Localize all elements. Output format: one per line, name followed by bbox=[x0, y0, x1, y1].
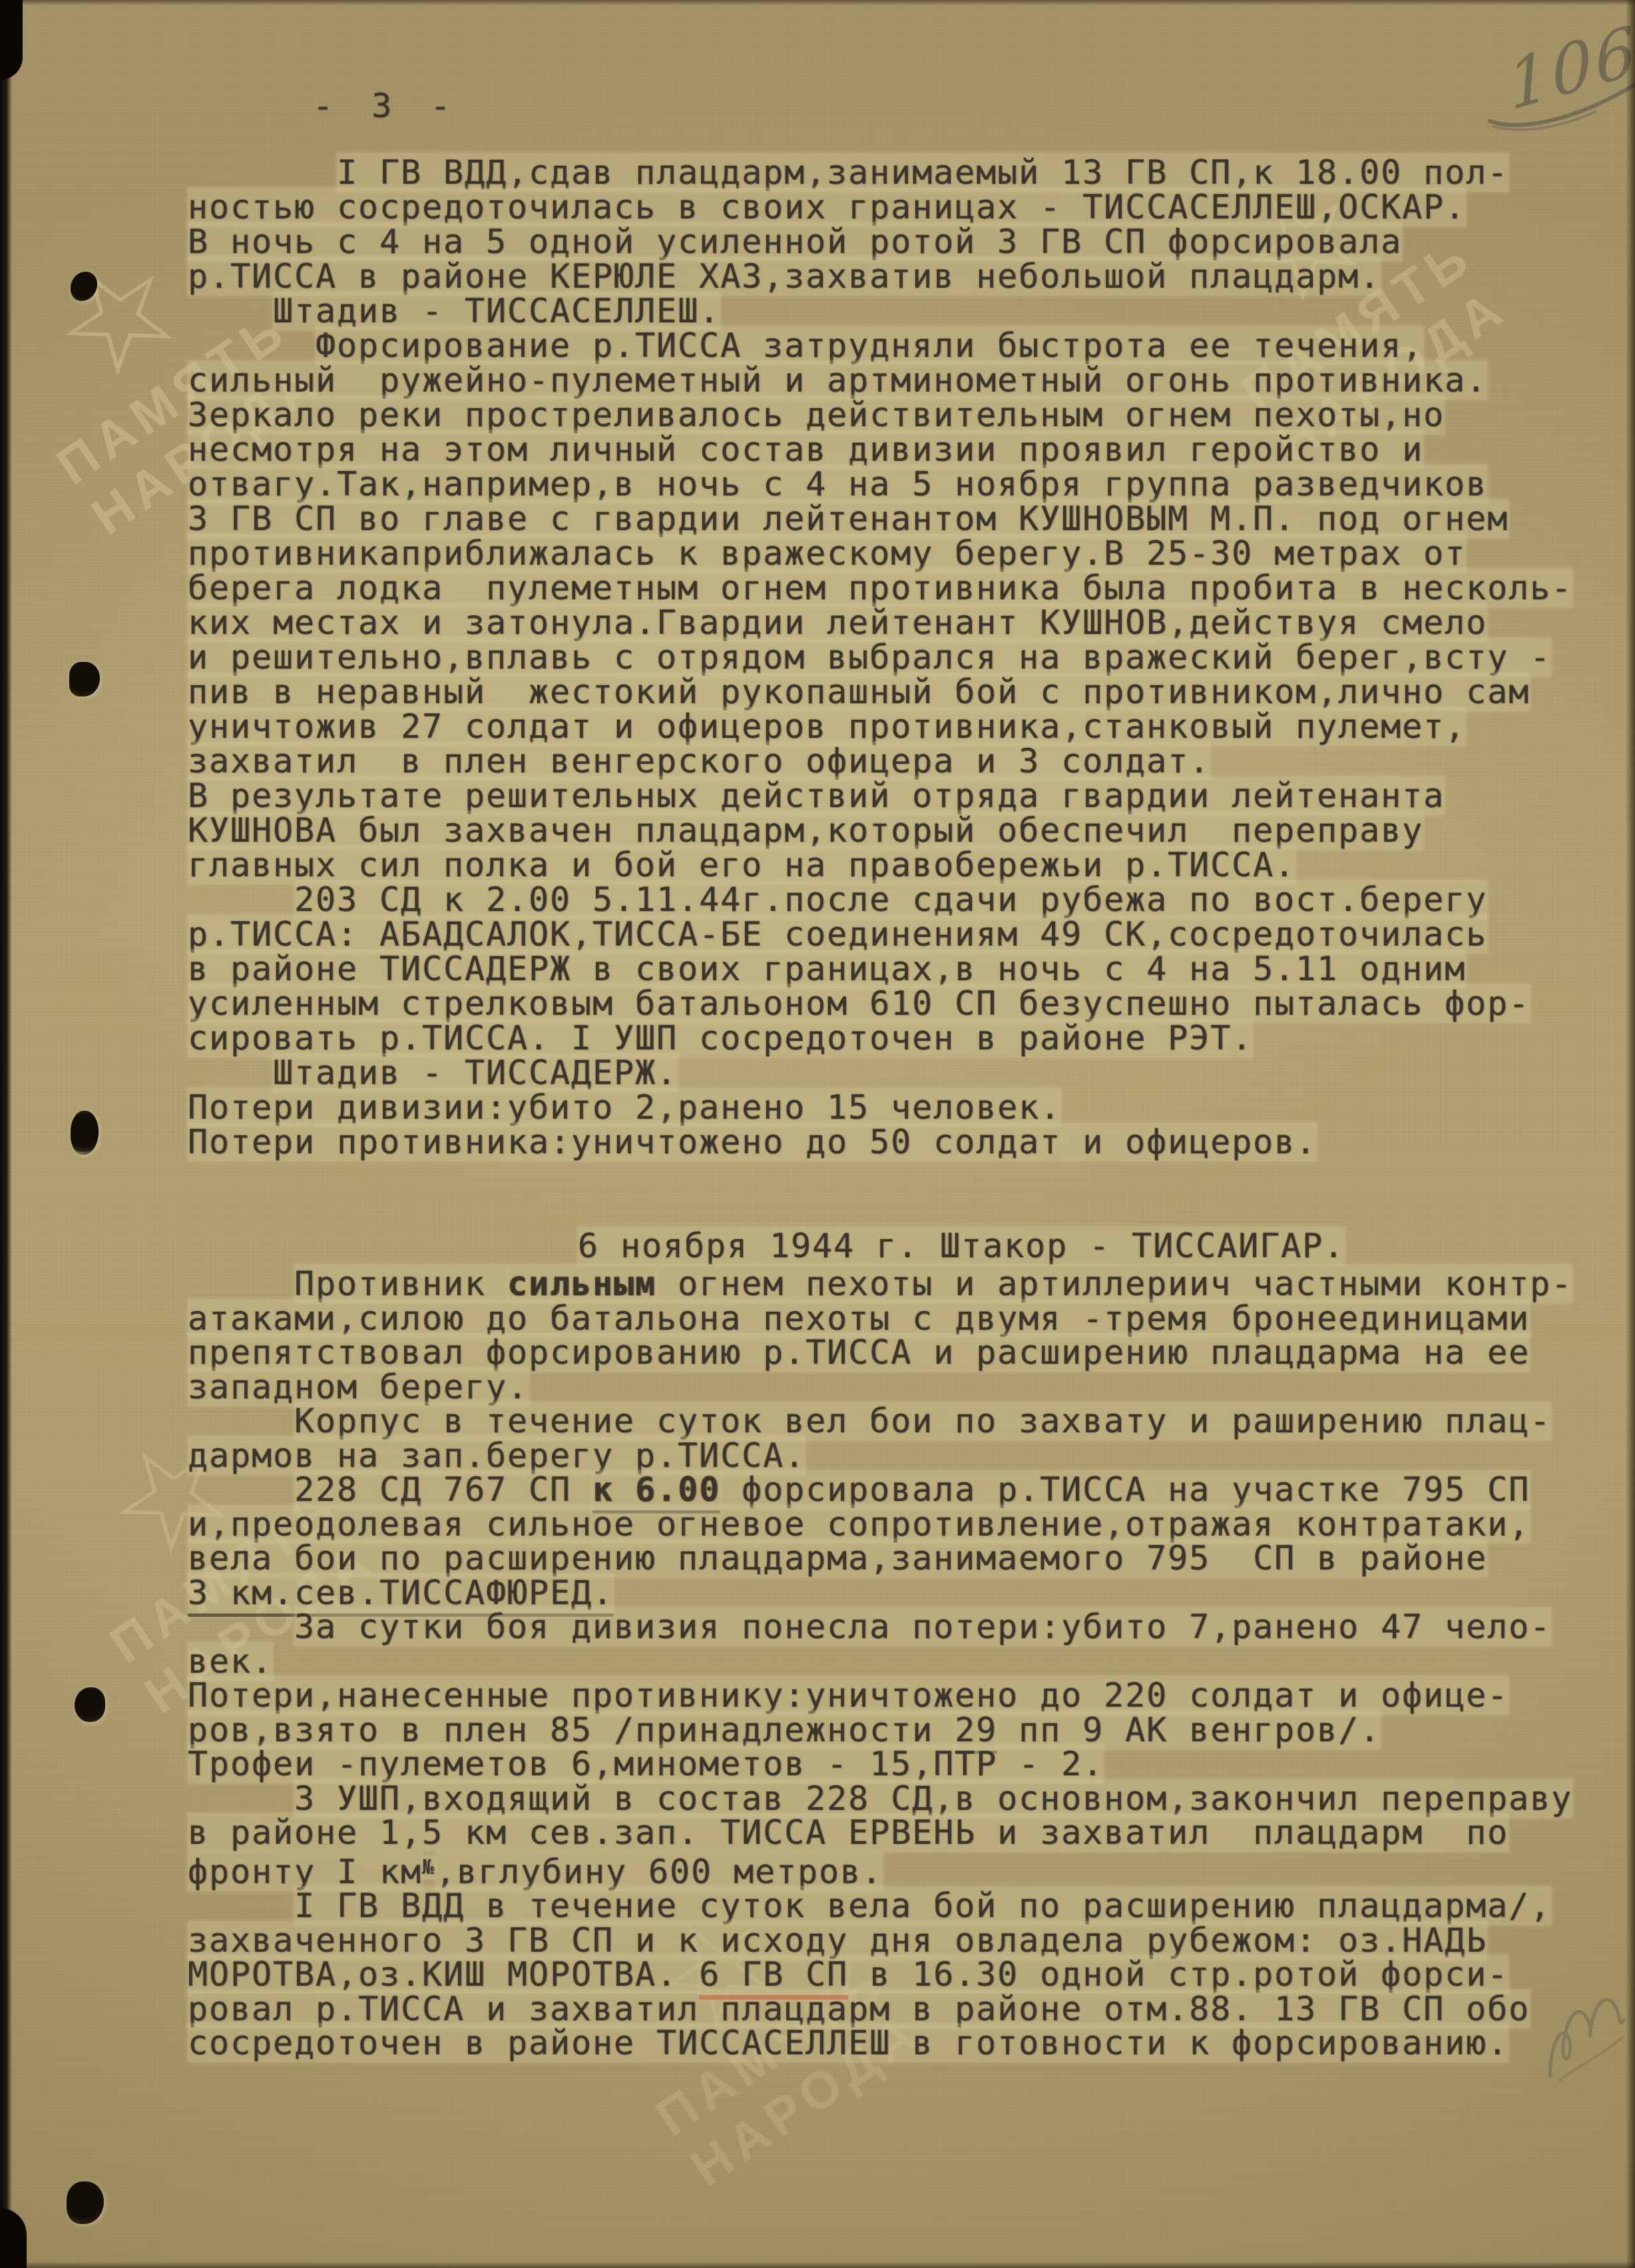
typed-text: р.ТИССА: АБАДСАЛОК,ТИССА-БЕ соединениям … bbox=[188, 915, 1487, 954]
typed-line: ров,взято в плен 85 /принадлежности 29 п… bbox=[188, 1713, 1572, 1748]
typed-text: Потери дивизии:убито 2,ранено 15 человек… bbox=[188, 1088, 1061, 1127]
typed-text: МОРОТВА,оз.КИШ МОРОТВА. bbox=[188, 1955, 699, 1994]
typed-line: р.ТИССА в районе КЕРЮЛЕ ХАЗ,захватив неб… bbox=[188, 259, 1572, 294]
line-indent bbox=[188, 1779, 294, 1818]
typed-line: Потери противника:уничтожено до 50 солда… bbox=[188, 1125, 1572, 1159]
typed-line: р.ТИССА: АБАДСАЛОК,ТИССА-БЕ соединениям … bbox=[188, 917, 1572, 952]
typed-line: отвагу.Так,например,в ночь с 4 на 5 нояб… bbox=[188, 467, 1572, 501]
typed-line: Корпус в течение суток вел бои по захват… bbox=[188, 1404, 1572, 1439]
typed-text: век. bbox=[188, 1642, 273, 1681]
typed-line: в районе 1,5 км сев.зап. ТИССА ЕРВЕНЬ и … bbox=[188, 1816, 1572, 1850]
punch-hole bbox=[67, 2181, 104, 2224]
typed-text: ностью сосредоточилась в своих границах … bbox=[188, 188, 1466, 226]
typed-text: пив в неравный жестокий рукопашный бой с… bbox=[188, 673, 1530, 711]
typed-text: I ГВ ВДД,сдав плацдарм,занимаемый 13 ГВ … bbox=[337, 153, 1509, 192]
typed-text: захваченного 3 ГВ СП и к исходу дня овла… bbox=[188, 1921, 1487, 1960]
punch-hole bbox=[71, 272, 97, 301]
typed-line: МОРОТВА,оз.КИШ МОРОТВА. 6 ГВ СП в 16.30 … bbox=[188, 1958, 1572, 1992]
typed-text: сильным bbox=[507, 1265, 656, 1303]
typed-text: форсировала р.ТИССА на участке 795 СП bbox=[720, 1470, 1530, 1509]
typed-text: несмотря на этом личный состав дивизии п… bbox=[188, 430, 1423, 469]
typed-line: За сутки боя дивизия понесла потери:убит… bbox=[188, 1610, 1572, 1645]
typed-text: ,вглубину 600 метров. bbox=[435, 1852, 883, 1891]
line-indent bbox=[188, 153, 337, 192]
typed-text-block-2: Противник сильным огнем пехоты и артилле… bbox=[188, 1267, 1572, 2061]
typed-line: и,преодолевая сильное огневое сопротивле… bbox=[188, 1508, 1572, 1542]
typed-line: уничтожив 27 солдат и офицеров противник… bbox=[188, 709, 1572, 744]
typed-text: в 16.30 одной стр.ротой форси- bbox=[848, 1955, 1509, 1994]
typed-line: 228 СД 767 СП к 6.00 форсировала р.ТИССА… bbox=[188, 1473, 1572, 1508]
typed-text: Трофеи -пулеметов 6,минометов - 15,ПТР -… bbox=[188, 1745, 1104, 1783]
typed-line: ровал р.ТИССА и захватил плацдарм в райо… bbox=[188, 1992, 1572, 2027]
section-date-header-text: 6 ноября 1944 г. Штакор - ТИССАИГАР. bbox=[578, 1227, 1345, 1265]
typed-text: ров,взято в плен 85 /принадлежности bbox=[188, 1711, 955, 1749]
typed-line: I ГВ ВДД в течение суток вела бой по рас… bbox=[188, 1889, 1572, 1924]
typed-text: Штадив - ТИССАСЕЛЛЕШ. bbox=[273, 292, 720, 330]
typed-text: 3 УШП,входящий в состав 228 СД,в основно… bbox=[294, 1779, 1572, 1818]
typed-text: р.ТИССА в районе КЕРЮЛЕ ХАЗ,захватив неб… bbox=[188, 257, 1381, 296]
scan-edge-bottom bbox=[0, 2261, 1635, 2268]
punch-hole bbox=[69, 662, 100, 697]
typed-line: несмотря на этом личный состав дивизии п… bbox=[188, 432, 1572, 467]
typed-line: ностью сосредоточилась в своих границах … bbox=[188, 190, 1572, 224]
typed-text: ровал р.ТИССА и захватил плацдарм в райо… bbox=[188, 1990, 1530, 2028]
punch-hole bbox=[75, 1687, 105, 1722]
line-indent bbox=[188, 1402, 294, 1440]
typed-text: препятствовал форсированию р.ТИССА и рас… bbox=[188, 1333, 1530, 1372]
punch-hole bbox=[71, 1111, 99, 1155]
scan-edge-right bbox=[1626, 0, 1635, 2268]
typed-text: сировать р.ТИССА. I УШП сосредоточен в р… bbox=[188, 1019, 1253, 1057]
handwritten-page-number: 106 bbox=[1505, 11, 1635, 126]
typed-line: атаками,силою до батальона пехоты с двум… bbox=[188, 1302, 1572, 1336]
typed-line: усиленным стрелковым батальоном 610 СП б… bbox=[188, 986, 1572, 1021]
typed-text: 3 ГВ СП во главе с гвардии лейтенантом К… bbox=[188, 499, 1509, 538]
typed-text: Корпус в течение суток вел бои по захват… bbox=[294, 1402, 1551, 1440]
typed-line: сосредоточен в районе ТИССАСЕЛЛЕШ в гото… bbox=[188, 2026, 1572, 2061]
typed-line: Зеркало реки простреливалось действитель… bbox=[188, 398, 1572, 432]
typed-text: Противник bbox=[294, 1265, 507, 1303]
typed-text: отвагу.Так,например,в ночь с 4 на 5 нояб… bbox=[188, 465, 1487, 503]
typed-line: пив в неравный жестокий рукопашный бой с… bbox=[188, 675, 1572, 709]
typed-text: западном берегу. bbox=[188, 1368, 529, 1406]
typed-text: сосредоточен в районе ТИССАСЕЛЛЕШ в гото… bbox=[188, 2024, 1509, 2062]
typed-line: 203 СД к 2.00 5.11.44г.после сдачи рубеж… bbox=[188, 882, 1572, 917]
line-indent bbox=[188, 1886, 294, 1925]
typed-line: век. bbox=[188, 1645, 1572, 1679]
typed-text-block-1: I ГВ ВДД,сдав плацдарм,занимаемый 13 ГВ … bbox=[188, 155, 1572, 1159]
typed-text: в районе 1,5 км сев.зап. ТИССА ЕРВЕНЬ и … bbox=[188, 1813, 1509, 1852]
scanned-document-page: ☆ ПАМЯТЬ НАРОДА ☆ ПАМЯТЬ НАРОДА ☆ ПАМЯТЬ… bbox=[0, 0, 1635, 2268]
page-number: - 3 - bbox=[313, 89, 460, 123]
line-indent bbox=[188, 1607, 294, 1646]
typed-line: ких местах и затонула.Гвардии лейтенант … bbox=[188, 605, 1572, 640]
typed-text: Штадив - ТИССАДЕРЖ. bbox=[273, 1053, 678, 1092]
typed-text: фронту I км bbox=[188, 1852, 422, 1891]
typed-text: уничтожив 27 солдат и офицеров противник… bbox=[188, 707, 1466, 746]
typed-line: фронту I км№,вглубину 600 метров. bbox=[188, 1850, 1572, 1890]
typed-text: усиленным стрелковым батальоном 610 СП б… bbox=[188, 984, 1530, 1023]
typed-text: вела бои по расширению плацдарма,занимае… bbox=[188, 1539, 1487, 1577]
typed-line: берега лодка пулеметным огнем противника… bbox=[188, 571, 1572, 605]
typed-text: огнем пехоты и артиллериич частными конт… bbox=[656, 1265, 1572, 1303]
line-indent bbox=[188, 880, 294, 919]
scan-edge-top bbox=[0, 0, 1635, 5]
typed-text: и,преодолевая сильное огневое сопротивле… bbox=[188, 1505, 1530, 1544]
typed-line: Трофеи -пулеметов 6,минометов - 15,ПТР -… bbox=[188, 1747, 1572, 1782]
typed-text: главных сил полка и бой его на правобере… bbox=[188, 846, 1295, 884]
typed-line: 3 УШП,входящий в состав 228 СД,в основно… bbox=[188, 1782, 1572, 1817]
typed-line: захваченного 3 ГВ СП и к исходу дня овла… bbox=[188, 1924, 1572, 1958]
typed-text: 203 СД к 2.00 5.11.44г.после сдачи рубеж… bbox=[294, 880, 1487, 919]
typed-line: Форсирование р.ТИССА затрудняли быстрота… bbox=[188, 328, 1572, 363]
typed-line: Штадив - ТИССАДЕРЖ. bbox=[188, 1055, 1572, 1090]
typed-text: и решительно,вплавь с отрядом выбрался н… bbox=[188, 638, 1551, 677]
typed-text: ких местах и затонула.Гвардии лейтенант … bbox=[188, 603, 1487, 642]
typed-line: сировать р.ТИССА. I УШП сосредоточен в р… bbox=[188, 1021, 1572, 1055]
typed-line: Штадив - ТИССАСЕЛЛЕШ. bbox=[188, 294, 1572, 328]
typed-text: в районе ТИССАДЕРЖ в своих границах,в но… bbox=[188, 950, 1466, 988]
typed-line: в районе ТИССАДЕРЖ в своих границах,в но… bbox=[188, 952, 1572, 986]
typed-line: вела бои по расширению плацдарма,занимае… bbox=[188, 1542, 1572, 1576]
typed-line: главных сил полка и бой его на правобере… bbox=[188, 848, 1572, 882]
typed-line: I ГВ ВДД,сдав плацдарм,занимаемый 13 ГВ … bbox=[188, 155, 1572, 190]
typed-line: сильный ружейно-пулеметный и артминометн… bbox=[188, 363, 1572, 398]
typed-line: 3 ГВ СП во главе с гвардии лейтенантом К… bbox=[188, 501, 1572, 536]
typed-line: противникаприближалась к вражескому бере… bbox=[188, 536, 1572, 571]
typed-line: Противник сильным огнем пехоты и артилле… bbox=[188, 1267, 1572, 1302]
typed-text: 228 СД 767 СП bbox=[294, 1470, 592, 1509]
typed-text: За сутки боя дивизия понесла потери:убит… bbox=[294, 1607, 1551, 1646]
typed-text: противникаприближалась к вражескому бере… bbox=[188, 534, 1466, 573]
line-indent bbox=[188, 1265, 294, 1303]
scan-edge-left bbox=[0, 0, 12, 2268]
typed-line: Потери дивизии:убито 2,ранено 15 человек… bbox=[188, 1090, 1572, 1125]
typed-text: В результате решительных действий отряда… bbox=[188, 776, 1445, 815]
line-indent bbox=[188, 1053, 273, 1092]
line-indent bbox=[188, 1470, 294, 1509]
typed-text: № bbox=[422, 1856, 435, 1879]
typed-text: I ГВ ВДД в течение суток вела бой по рас… bbox=[294, 1886, 1551, 1925]
typed-line: КУШНОВА был захвачен плацдарм,который об… bbox=[188, 813, 1572, 848]
typed-text: Потери противника:уничтожено до 50 солда… bbox=[188, 1123, 1317, 1161]
typed-line: 3 км.сев.ТИССАФЮРЕД. bbox=[188, 1576, 1572, 1611]
typed-line: Потери,нанесенные противнику:уничтожено … bbox=[188, 1679, 1572, 1713]
typed-line: В ночь с 4 на 5 одной усиленной ротой 3 … bbox=[188, 224, 1572, 259]
typed-text: Зеркало реки простреливалось действитель… bbox=[188, 396, 1445, 434]
typed-text: Форсирование р.ТИССА затрудняли быстрота… bbox=[316, 326, 1423, 365]
scan-corner-shadow bbox=[0, 2208, 27, 2268]
typed-text: сильный ружейно-пулеметный и артминометн… bbox=[188, 361, 1487, 400]
line-indent bbox=[188, 326, 316, 365]
typed-text: атаками,силою до батальона пехоты с двум… bbox=[188, 1299, 1530, 1338]
typed-text: КУШНОВА был захвачен плацдарм,который об… bbox=[188, 811, 1423, 850]
typed-text: дармов на зап.берегу р.ТИССА. bbox=[188, 1436, 806, 1475]
scan-corner-shadow bbox=[0, 0, 23, 80]
typed-text: пп 9 АК венгров/. bbox=[997, 1711, 1381, 1749]
typed-line: В результате решительных действий отряда… bbox=[188, 778, 1572, 813]
typed-line: и решительно,вплавь с отрядом выбрался н… bbox=[188, 640, 1572, 675]
typed-line: препятствовал форсированию р.ТИССА и рас… bbox=[188, 1336, 1572, 1370]
typed-text: В ночь с 4 на 5 одной усиленной ротой 3 … bbox=[188, 222, 1402, 261]
line-indent bbox=[188, 292, 273, 330]
typed-text: берега лодка пулеметным огнем противника… bbox=[188, 569, 1572, 607]
typed-text: Потери,нанесенные противнику:уничтожено … bbox=[188, 1676, 1509, 1715]
typed-text: захватил в плен венгерского офицера и 3 … bbox=[188, 742, 1210, 780]
typed-line: западном берегу. bbox=[188, 1370, 1572, 1405]
typed-line: захватил в плен венгерского офицера и 3 … bbox=[188, 744, 1572, 778]
typed-line: дармов на зап.берегу р.ТИССА. bbox=[188, 1439, 1572, 1474]
